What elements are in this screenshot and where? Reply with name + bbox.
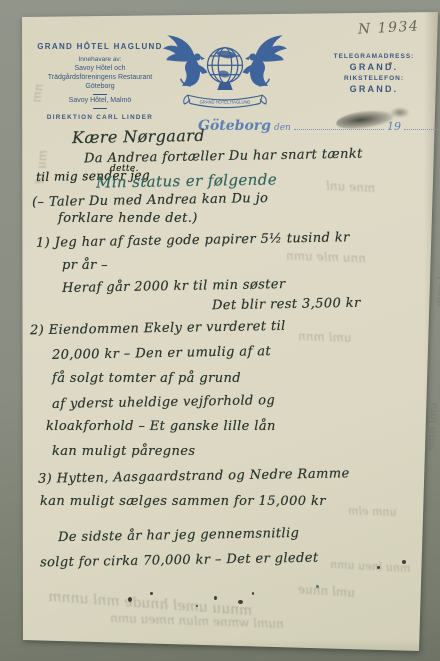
letterhead-line: Göteborg — [30, 83, 170, 90]
ink-speck — [196, 605, 198, 607]
bleedthrough-line: nnu mle umn — [286, 249, 366, 266]
handwritten-line: Kære Nørgaard — [72, 126, 205, 147]
bleedthrough-line: mne unl — [326, 179, 376, 196]
ink-speck — [252, 592, 254, 595]
ink-speck — [128, 597, 132, 602]
date-den-label: den — [274, 123, 291, 133]
ink-smudge-small — [390, 107, 410, 118]
letterhead-line: DIREKTION CARL LINDER — [30, 114, 170, 121]
date-dotted-rule — [404, 127, 438, 130]
ink-speck — [402, 560, 406, 564]
letterhead-line: TELEGRAMADRESS: — [318, 53, 430, 60]
griffin-icon — [243, 35, 287, 86]
hotel-crest-emblem: GRAND HOTEL HAGLUND — [158, 28, 292, 116]
letterhead-line: Innehavare av: — [30, 56, 170, 63]
crest-banner-text: GRAND HOTEL HAGLUND — [200, 99, 251, 104]
pencil-archive-number: N 1934 — [358, 18, 420, 37]
letterhead-line: GRAND. — [318, 84, 430, 94]
date-place-script: Göteborg — [198, 118, 271, 134]
letterhead-line — [93, 108, 107, 109]
letterhead-line: Savoy Hôtel, Malmö — [30, 97, 170, 104]
bleedthrough-line: unm elm — [348, 504, 397, 519]
handwritten-line: forklare hende det.) — [58, 211, 198, 226]
handwritten-line: kan muligt sælges sammen for 15,000 kr — [40, 494, 326, 509]
scanned-letter-page: GRAND HÔTEL HAGLUNDInnehavare av:Savoy H… — [0, 0, 440, 661]
letterhead-line: Savoy Hôtel och — [30, 65, 170, 72]
ink-speck — [214, 596, 217, 600]
bleedthrough-line: uml mnn — [298, 329, 352, 345]
date-line: Göteborg den 19 — [198, 118, 438, 134]
handwritten-line: Det blir rest 3,500 kr — [212, 296, 361, 314]
handwritten-line: Min status er følgende — [96, 170, 277, 191]
letterhead-line — [93, 94, 107, 95]
ink-speck — [150, 592, 153, 595]
letterhead-line: RIKSTELEFON: — [318, 75, 430, 82]
griffin-icon — [163, 35, 207, 86]
date-year-prefix: 19 — [387, 120, 401, 133]
letterhead-right-block: TELEGRAMADRESS:GRAND.RIKSTELEFON:GRAND. — [318, 50, 430, 94]
handwritten-line: kloakforhold – Et ganske lille lån — [46, 419, 276, 434]
crest-pedestal — [217, 83, 232, 90]
ink-speck — [377, 566, 380, 569]
ink-speck — [389, 62, 392, 65]
handwritten-line: pr år – — [62, 258, 108, 273]
letterhead-left-block: GRAND HÔTEL HAGLUNDInnehavare av:Savoy H… — [30, 42, 170, 121]
ink-speck — [238, 600, 243, 604]
ink-speck — [316, 585, 319, 588]
date-dotted-rule — [294, 127, 384, 130]
handwritten-line: kan muligt påregnes — [52, 444, 195, 459]
letterhead-line: GRAND HÔTEL HAGLUND — [30, 42, 170, 51]
letterhead-line: GRAND. — [318, 62, 430, 72]
handwritten-line: få solgt tomter af på grund — [52, 371, 241, 386]
letterhead-line: Trädgårdsföreningens Restaurant — [30, 74, 170, 81]
